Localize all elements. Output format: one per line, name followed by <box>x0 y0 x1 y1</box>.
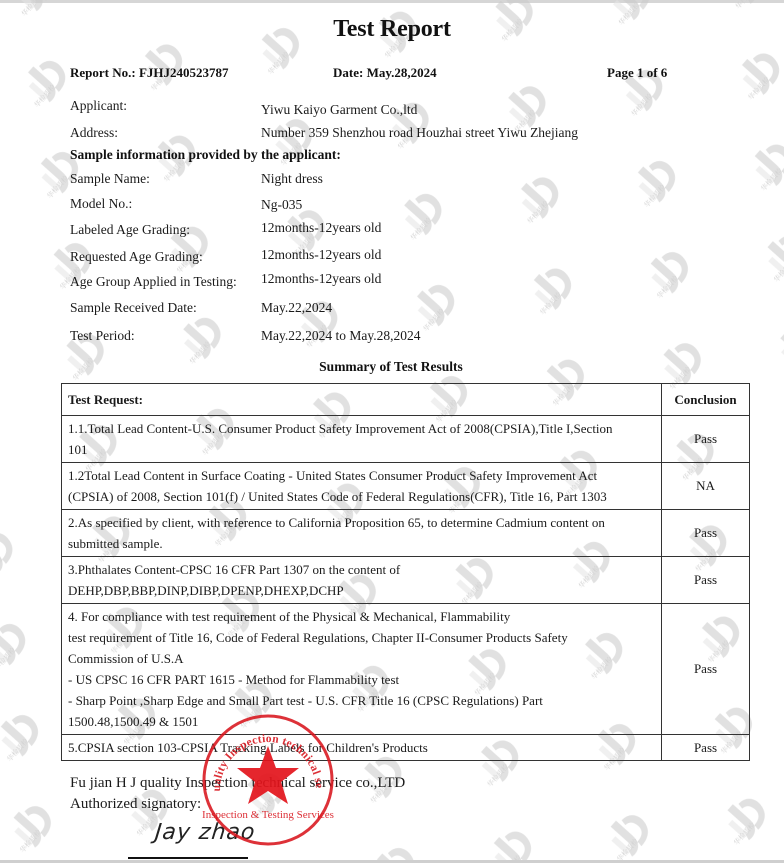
signatory-label: Authorized signatory: <box>70 796 201 813</box>
summary-title-text: Summary of Test Results <box>319 359 463 374</box>
test-request-cell: 1.1.Total Lead Content-U.S. Consumer Pro… <box>62 416 662 463</box>
conclusion-cell: Pass <box>662 604 750 735</box>
received-date-label: Sample Received Date: <box>70 300 197 316</box>
company-name: Fu jian H J quality Inspection technical… <box>70 775 405 792</box>
table-row: 2.As specified by client, with reference… <box>62 510 750 557</box>
table-row: 5.CPSIA section 103-CPSIA Tracking Label… <box>62 735 750 761</box>
test-request-line: (CPSIA) of 2008, Section 101(f) / United… <box>68 486 655 507</box>
signature-line <box>128 857 248 859</box>
test-request-line: 2.As specified by client, with reference… <box>68 512 655 533</box>
table-row: 4. For compliance with test requirement … <box>62 604 750 735</box>
conclusion-cell: Pass <box>662 416 750 463</box>
summary-title: Summary of Test Results <box>0 359 784 375</box>
sample-name-value: Night dress <box>261 171 323 187</box>
requested-age-value: 12months-12years old <box>261 247 381 263</box>
received-date-value: May.22,2024 <box>261 300 332 316</box>
labeled-age-value: 12months-12years old <box>261 220 381 236</box>
test-period-label: Test Period: <box>70 328 135 344</box>
address-label: Address: <box>70 125 118 141</box>
labeled-age-label: Labeled Age Grading: <box>70 222 190 238</box>
test-request-cell: 3.Phthalates Content-CPSC 16 CFR Part 13… <box>62 557 662 604</box>
table-row: 3.Phthalates Content-CPSC 16 CFR Part 13… <box>62 557 750 604</box>
report-number: Report No.: FJHJ240523787 <box>70 65 229 81</box>
model-no-label: Model No.: <box>70 196 132 212</box>
applicant-value: Yiwu Kaiyo Garment Co.,ltd <box>261 102 417 118</box>
report-page: Test Report Report No.: FJHJ240523787 Da… <box>0 0 784 863</box>
test-period-value: May.22,2024 to May.28,2024 <box>261 328 421 344</box>
table-row: 1.1.Total Lead Content-U.S. Consumer Pro… <box>62 416 750 463</box>
report-date: Date: May.28,2024 <box>333 65 437 81</box>
age-group-label: Age Group Applied in Testing: <box>70 274 237 290</box>
conclusion-cell: Pass <box>662 735 750 761</box>
test-request-line: - US CPSC 16 CFR PART 1615 - Method for … <box>68 669 655 690</box>
test-request-line: 1.2Total Lead Content in Surface Coating… <box>68 465 655 486</box>
test-request-cell: 4. For compliance with test requirement … <box>62 604 662 735</box>
test-request-line: 1500.48,1500.49 & 1501 <box>68 711 655 732</box>
test-request-line: 4. For compliance with test requirement … <box>68 606 655 627</box>
test-request-cell: 1.2Total Lead Content in Surface Coating… <box>62 463 662 510</box>
test-request-line: - Sharp Point ,Sharp Edge and Small Part… <box>68 690 655 711</box>
test-request-line: test requirement of Title 16, Code of Fe… <box>68 627 655 648</box>
results-table: Test Request: Conclusion 1.1.Total Lead … <box>61 383 750 761</box>
applicant-label: Applicant: <box>70 98 127 114</box>
test-request-line: Commission of U.S.A <box>68 648 655 669</box>
test-request-cell: 5.CPSIA section 103-CPSIA Tracking Label… <box>62 735 662 761</box>
age-group-value: 12months-12years old <box>261 271 381 287</box>
test-request-line: 5.CPSIA section 103-CPSIA Tracking Label… <box>68 737 655 758</box>
page-title: Test Report <box>0 16 784 43</box>
table-row: 1.2Total Lead Content in Surface Coating… <box>62 463 750 510</box>
test-request-line: submitted sample. <box>68 533 655 554</box>
conclusion-cell: Pass <box>662 557 750 604</box>
address-value: Number 359 Shenzhou road Houzhai street … <box>261 125 578 141</box>
test-request-line: 1.1.Total Lead Content-U.S. Consumer Pro… <box>68 418 655 439</box>
column-conclusion: Conclusion <box>662 384 750 416</box>
sample-name-label: Sample Name: <box>70 171 150 187</box>
test-request-cell: 2.As specified by client, with reference… <box>62 510 662 557</box>
signature: Jay zhao <box>154 820 257 845</box>
test-request-line: DEHP,DBP,BBP,DINP,DIBP,DPENP,DHEXP,DCHP <box>68 580 655 601</box>
table-header-row: Test Request: Conclusion <box>62 384 750 416</box>
conclusion-cell: Pass <box>662 510 750 557</box>
model-no-value: Ng-035 <box>261 197 302 213</box>
page-indicator: Page 1 of 6 <box>607 65 667 81</box>
sample-info-heading: Sample information provided by the appli… <box>70 147 341 163</box>
requested-age-label: Requested Age Grading: <box>70 249 203 265</box>
test-request-line: 3.Phthalates Content-CPSC 16 CFR Part 13… <box>68 559 655 580</box>
test-request-line: 101 <box>68 439 655 460</box>
conclusion-cell: NA <box>662 463 750 510</box>
column-test-request: Test Request: <box>62 384 662 416</box>
